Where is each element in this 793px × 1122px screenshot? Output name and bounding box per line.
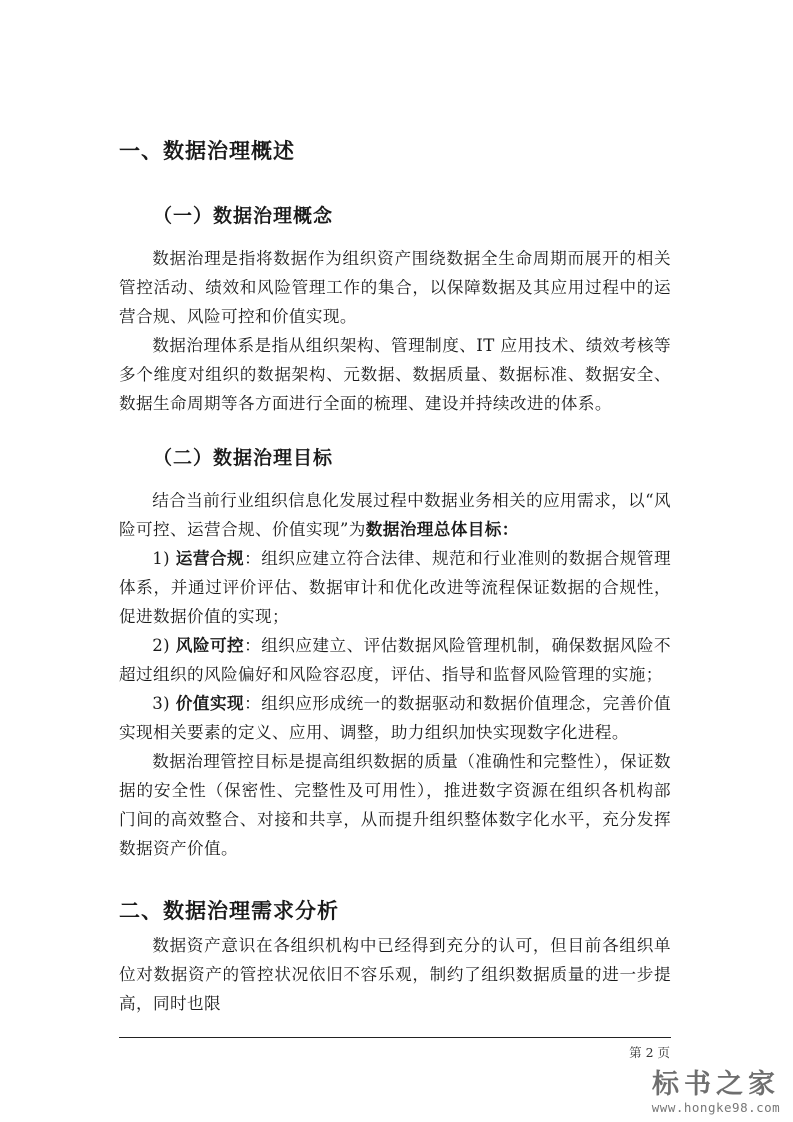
page-number: 第 2 页: [629, 1043, 670, 1061]
paragraph-governance-system: 数据治理体系是指从组织架构、管理制度、IT 应用技术、绩效考核等多个维度对组织的…: [119, 331, 671, 418]
section-heading-requirements: 二、数据治理需求分析: [119, 891, 671, 931]
watermark-title: 标书之家: [640, 1070, 792, 1100]
footer-divider: [119, 1037, 671, 1038]
overall-goal-term: 数据治理总体目标: [366, 520, 502, 539]
goal-item-compliance: 1) 运营合规：组织应建立符合法律、规范和行业准则的数据合规管理体系，并通过评价…: [119, 544, 671, 631]
paragraph-goals-intro: 结合当前行业组织信息化发展过程中数据业务相关的应用需求，以“风险可控、运营合规、…: [119, 486, 671, 544]
watermark-url: www.hongke98.com: [640, 1100, 792, 1116]
subsection-heading-goals: （二）数据治理目标: [119, 438, 671, 478]
paragraph-requirements: 数据资产意识在各组织机构中已经得到充分的认可，但目前各组织单位对数据资产的管控状…: [119, 931, 671, 1018]
paragraph-control-goals: 数据治理管控目标是提高组织数据的质量（准确性和完整性），保证数据的安全性（保密性…: [119, 747, 671, 863]
subsection-heading-concept: （一）数据治理概念: [119, 196, 671, 236]
goal-item-risk-control: 2) 风险可控：组织应建立、评估数据风险管理机制，确保数据风险不超过组织的风险偏…: [119, 631, 671, 689]
paragraph-concept-definition: 数据治理是指将数据作为组织资产围绕数据全生命周期而展开的相关管控活动、绩效和风险…: [119, 244, 671, 331]
watermark-logo: 标书之家 www.hongke98.com: [640, 1070, 792, 1116]
goal-item-value-realization: 3) 价值实现：组织应形成统一的数据驱动和数据价值理念，完善价值实现相关要素的定…: [119, 689, 671, 747]
document-page: 一、数据治理概述 （一）数据治理概念 数据治理是指将数据作为组织资产围绕数据全生…: [0, 0, 793, 1122]
section-heading-overview: 一、数据治理概述: [119, 131, 671, 171]
page-content: 一、数据治理概述 （一）数据治理概念 数据治理是指将数据作为组织资产围绕数据全生…: [119, 131, 671, 1018]
